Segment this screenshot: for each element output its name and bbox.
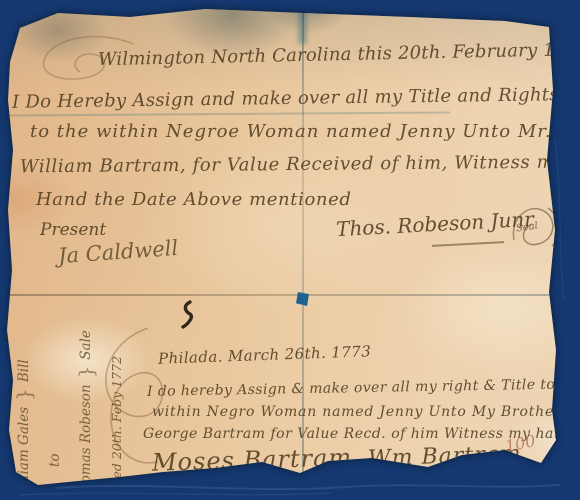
docket-endorsement: William Gales } Bill to Thomas Robeson }… [12,315,124,500]
docket-tag2: Sale [78,330,94,360]
docket-party2-row: Thomas Robeson } Sale [74,315,98,500]
document-paper-shadow: Wilmington North Carolina this 20th. Feb… [0,0,580,500]
present-label: Present [40,220,106,240]
docket-tag1: Bill [16,359,32,382]
docket-party1: William Gales [16,407,32,500]
deed-body-line-3: William Bartram, for Value Received of h… [20,152,565,178]
deed-dateline: Wilmington North Carolina this 20th. Feb… [98,39,580,70]
deed-body-line-4: Hand the Date Above mentioned [36,189,351,210]
scan-background: Wilmington North Carolina this 20th. Feb… [0,0,580,500]
docket-date: Dated 20th. Feby 1772 [109,315,124,500]
witness-signature: Ja Caldwell [57,236,179,268]
brace-icon: } [12,388,36,401]
moses-bartram-signature: Moses Bartram [152,443,353,476]
tear-hole [296,292,309,306]
second-deed-body-line-1: I do hereby Assign & make over all my ri… [147,376,580,400]
fold-crease-horizontal [8,294,553,296]
document-paper: Wilmington North Carolina this 20th. Feb… [0,0,580,500]
second-deed-dateline: Philada. March 26th. 1773 [158,342,372,367]
docket-party2: Thomas Robeson [78,384,94,500]
fold-crease-vertical [302,10,304,472]
deed-body-line-2: to the within Negroe Woman named Jenny U… [30,121,552,142]
ink-blot-icon [176,300,198,330]
robeson-signature: Thos. Robeson Junr [336,207,535,241]
docket-party1-row: William Gales } Bill [12,315,36,500]
signature-underline [432,241,504,247]
second-deed-body-line-2: within Negro Woman named Jenny Unto My B… [152,404,562,420]
ink-rule-line [10,111,450,116]
wm-bartram-signature: Wm Bartram [368,441,522,471]
signature-flourish-line [372,478,480,484]
docket-connector: to [47,315,63,467]
brace-icon: } [74,366,98,379]
